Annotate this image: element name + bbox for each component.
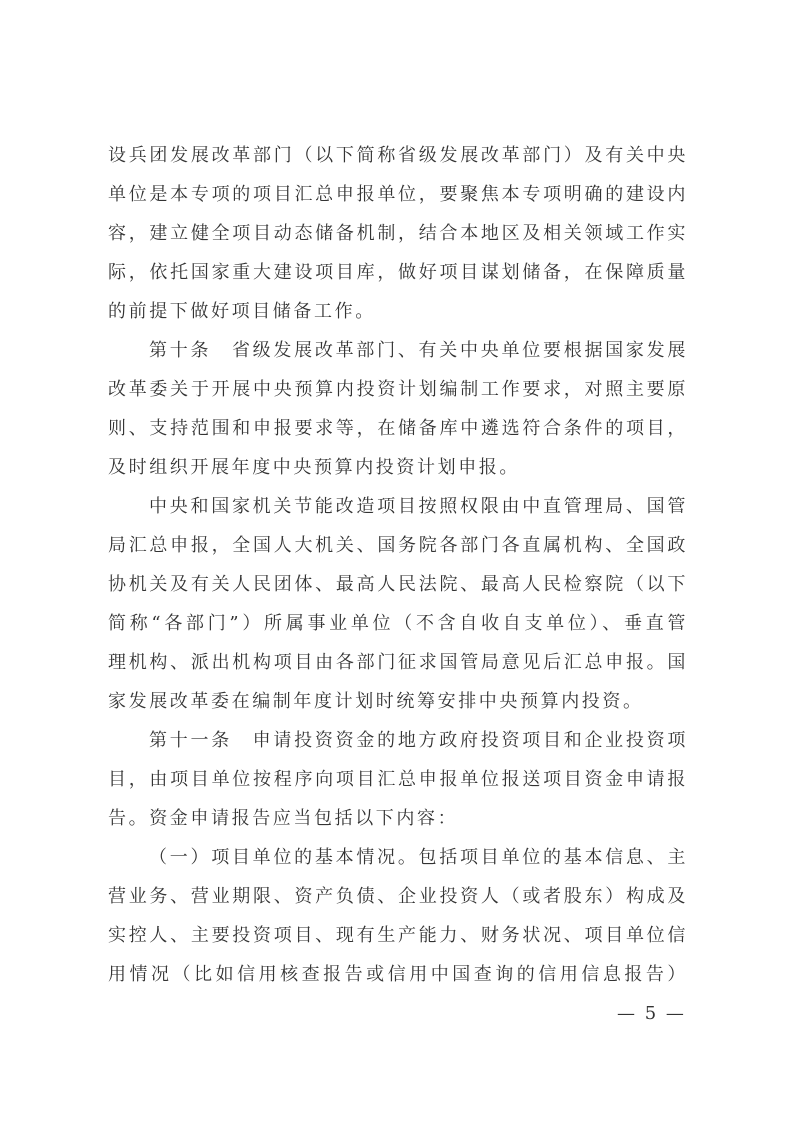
text-line: 营业务、营业期限、资产负债、企业投资人（或者股东）构成及 [108, 877, 688, 916]
text-line: 中央和国家机关节能改造项目按照权限由中直管理局、国管 [108, 487, 688, 526]
text-line: 设兵团发展改革部门（以下简称省级发展改革部门）及有关中央 [108, 136, 688, 175]
text-line: 容，建立健全项目动态储备机制，结合本地区及相关领域工作实 [108, 214, 688, 253]
paragraph-continued: 设兵团发展改革部门（以下简称省级发展改革部门）及有关中央 单位是本专项的项目汇总… [108, 136, 688, 331]
text-line: 的前提下做好项目储备工作。 [108, 292, 688, 331]
text-line: 协机关及有关人民团体、最高人民法院、最高人民检察院（以下 [108, 565, 688, 604]
text-line: 告。资金申请报告应当包括以下内容： [108, 799, 688, 838]
text-line: 改革委关于开展中央预算内投资计划编制工作要求，对照主要原 [108, 370, 688, 409]
text-line: 单位是本专项的项目汇总申报单位，要聚焦本专项明确的建设内 [108, 175, 688, 214]
paragraph-article-11-item-1: （一）项目单位的基本情况。包括项目单位的基本信息、主 营业务、营业期限、资产负债… [108, 838, 688, 994]
text-line: 用情况（比如信用核查报告或信用中国查询的信用信息报告） [108, 955, 688, 994]
page-number: — 5 — [617, 1003, 686, 1024]
paragraph-article-10-2: 中央和国家机关节能改造项目按照权限由中直管理局、国管 局汇总申报，全国人大机关、… [108, 487, 688, 721]
body-text: 设兵团发展改革部门（以下简称省级发展改革部门）及有关中央 单位是本专项的项目汇总… [108, 136, 688, 994]
paragraph-article-11: 第十一条 申请投资资金的地方政府投资项目和企业投资项 目，由项目单位按程序向项目… [108, 721, 688, 838]
text-line: 家发展改革委在编制年度计划时统筹安排中央预算内投资。 [108, 682, 688, 721]
text-line: 则、支持范围和申报要求等，在储备库中遴选符合条件的项目， [108, 409, 688, 448]
text-line: 实控人、主要投资项目、现有生产能力、财务状况、项目单位信 [108, 916, 688, 955]
text-line: 目，由项目单位按程序向项目汇总申报单位报送项目资金申请报 [108, 760, 688, 799]
text-line: 简称“各部门”）所属事业单位（不含自收自支单位）、垂直管 [108, 604, 688, 643]
text-line: 局汇总申报，全国人大机关、国务院各部门各直属机构、全国政 [108, 526, 688, 565]
text-line: 第十条 省级发展改革部门、有关中央单位要根据国家发展 [108, 331, 688, 370]
text-line: 第十一条 申请投资资金的地方政府投资项目和企业投资项 [108, 721, 688, 760]
paragraph-article-10: 第十条 省级发展改革部门、有关中央单位要根据国家发展 改革委关于开展中央预算内投… [108, 331, 688, 487]
text-line: 及时组织开展年度中央预算内投资计划申报。 [108, 448, 688, 487]
text-line: 理机构、派出机构项目由各部门征求国管局意见后汇总申报。国 [108, 643, 688, 682]
document-page: 设兵团发展改革部门（以下简称省级发展改革部门）及有关中央 单位是本专项的项目汇总… [0, 0, 794, 1123]
text-line: 际，依托国家重大建设项目库，做好项目谋划储备，在保障质量 [108, 253, 688, 292]
text-line: （一）项目单位的基本情况。包括项目单位的基本信息、主 [108, 838, 688, 877]
